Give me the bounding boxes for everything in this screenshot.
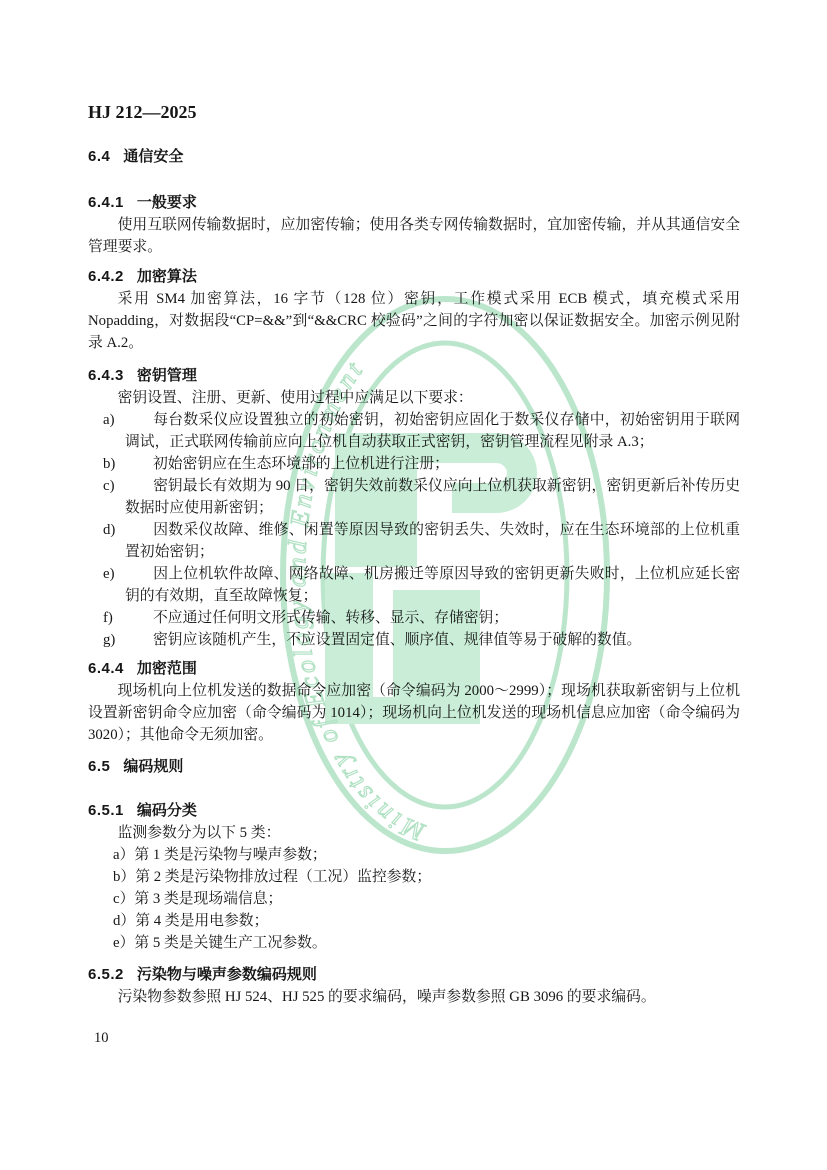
list-item: c)密钥最长有效期为 90 日，密钥失效前数采仪应向上位机获取新密钥，密钥更新后… — [88, 475, 740, 519]
paragraph-6-4-2: 采用 SM4 加密算法，16 字节（128 位）密钥，工作模式采用 ECB 模式… — [88, 288, 740, 354]
section-heading-6-5: 6.5编码规则 — [88, 756, 740, 778]
list-item: c）第 3 类是现场端信息； — [88, 888, 740, 910]
page-content: HJ 212—2025 6.4通信安全 6.4.1一般要求 使用互联网传输数据时… — [88, 0, 740, 1049]
paragraph-6-5-1-intro: 监测参数分为以下 5 类： — [88, 822, 740, 844]
page-number: 10 — [88, 1027, 740, 1049]
list-item-label: a) — [103, 409, 153, 431]
section-heading-6-4-1: 6.4.1一般要求 — [88, 192, 740, 214]
list-item-text: 密钥最长有效期为 90 日，密钥失效前数采仪应向上位机获取新密钥，密钥更新后补传… — [125, 478, 740, 516]
section-heading-6-5-2: 6.5.2污染物与噪声参数编码规则 — [88, 964, 740, 986]
section-heading-6-4-4: 6.4.4加密范围 — [88, 658, 740, 680]
list-item-label: c) — [103, 475, 153, 497]
list-item-text: 因上位机软件故障、网络故障、机房搬迁等原因导致的密钥更新失败时，上位机应延长密钥… — [125, 566, 740, 604]
paragraph-6-5-2: 污染物参数参照 HJ 524、HJ 525 的要求编码，噪声参数参照 GB 30… — [88, 986, 740, 1008]
section-title: 污染物与噪声参数编码规则 — [137, 966, 317, 983]
list-item: d）第 4 类是用电参数； — [88, 910, 740, 932]
key-management-list: a)每台数采仪应设置独立的初始密钥，初始密钥应固化于数采仪存储中，初始密钥用于联… — [88, 409, 740, 651]
list-item-text: 初始密钥应在生态环境部的上位机进行注册； — [153, 456, 449, 472]
section-title: 一般要求 — [137, 194, 197, 211]
section-title: 加密范围 — [137, 660, 197, 677]
document-page: Ministry of Ecology and Environment HJ 2… — [0, 0, 827, 1170]
list-item-text: 每台数采仪应设置独立的初始密钥，初始密钥应固化于数采仪存储中，初始密钥用于联网调… — [125, 412, 740, 450]
list-item: e)因上位机软件故障、网络故障、机房搬迁等原因导致的密钥更新失败时，上位机应延长… — [88, 563, 740, 607]
list-item-text: 因数采仪故障、维修、闲置等原因导致的密钥丢失、失效时，应在生态环境部的上位机重置… — [125, 522, 740, 560]
parameter-category-list: a）第 1 类是污染物与噪声参数； b）第 2 类是污染物排放过程（工况）监控参… — [88, 844, 740, 954]
section-title: 编码规则 — [123, 758, 183, 775]
list-item: e）第 5 类是关键生产工况参数。 — [88, 932, 740, 954]
section-title: 加密算法 — [137, 268, 197, 285]
section-number: 6.5 — [88, 756, 110, 778]
section-heading-6-4-3: 6.4.3密钥管理 — [88, 365, 740, 387]
paragraph-6-4-1: 使用互联网传输数据时，应加密传输；使用各类专网传输数据时，宜加密传输，并从其通信… — [88, 214, 740, 258]
list-item-label: e) — [103, 563, 153, 585]
section-title: 通信安全 — [123, 148, 183, 165]
list-item: b）第 2 类是污染物排放过程（工况）监控参数； — [88, 866, 740, 888]
list-item-label: d) — [103, 519, 153, 541]
section-number: 6.4.3 — [88, 365, 124, 387]
paragraph-6-4-4: 现场机向上位机发送的数据命令应加密（命令编码为 2000～2999）；现场机获取… — [88, 680, 740, 746]
section-number: 6.5.1 — [88, 800, 124, 822]
section-number: 6.4 — [88, 146, 110, 168]
list-item: a）第 1 类是污染物与噪声参数； — [88, 844, 740, 866]
section-heading-6-4: 6.4通信安全 — [88, 146, 740, 168]
list-item: f)不应通过任何明文形式传输、转移、显示、存储密钥； — [88, 607, 740, 629]
section-number: 6.5.2 — [88, 964, 124, 986]
section-number: 6.4.4 — [88, 658, 124, 680]
list-item: a)每台数采仪应设置独立的初始密钥，初始密钥应固化于数采仪存储中，初始密钥用于联… — [88, 409, 740, 453]
section-heading-6-5-1: 6.5.1编码分类 — [88, 800, 740, 822]
section-number: 6.4.2 — [88, 266, 124, 288]
paragraph-6-4-3-intro: 密钥设置、注册、更新、使用过程中应满足以下要求： — [88, 387, 740, 409]
list-item-label: g) — [103, 629, 153, 651]
list-item: d)因数采仪故障、维修、闲置等原因导致的密钥丢失、失效时，应在生态环境部的上位机… — [88, 519, 740, 563]
list-item-text: 密钥应该随机产生，不应设置固定值、顺序值、规律值等易于破解的数值。 — [153, 632, 641, 648]
section-title: 编码分类 — [137, 802, 197, 819]
section-number: 6.4.1 — [88, 192, 124, 214]
list-item: g)密钥应该随机产生，不应设置固定值、顺序值、规律值等易于破解的数值。 — [88, 629, 740, 651]
section-title: 密钥管理 — [137, 367, 197, 384]
list-item-label: b) — [103, 453, 153, 475]
list-item-text: 不应通过任何明文形式传输、转移、显示、存储密钥； — [153, 610, 508, 626]
list-item-label: f) — [103, 607, 153, 629]
standard-number: HJ 212—2025 — [88, 100, 740, 124]
list-item: b)初始密钥应在生态环境部的上位机进行注册； — [88, 453, 740, 475]
section-heading-6-4-2: 6.4.2加密算法 — [88, 266, 740, 288]
